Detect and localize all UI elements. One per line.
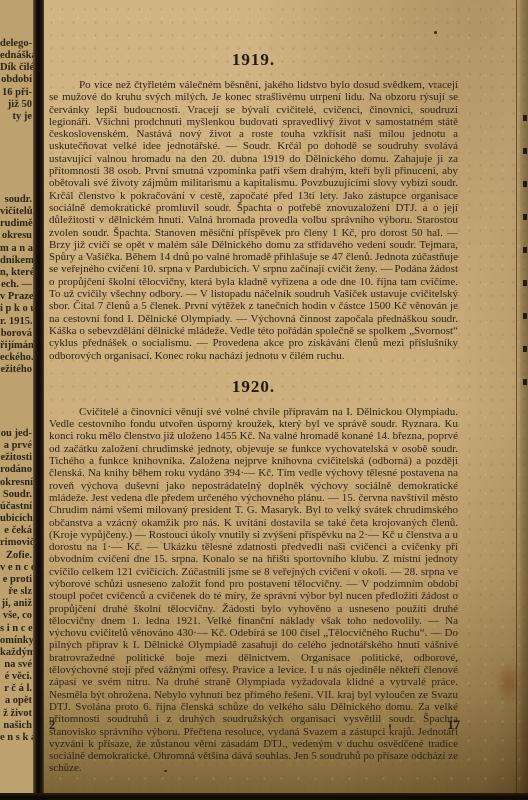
book-photo: { "colors": { "paper": "#ccaf7d", "paper…: [0, 0, 528, 800]
cutoff-text-line: účastní: [0, 501, 33, 513]
book-page: 1919. Po více než čtyřletém válečném běs…: [44, 0, 528, 793]
cutoff-text-line: ežitosti: [0, 452, 33, 464]
cutoff-text-line: již 50: [0, 99, 33, 111]
cutoff-text-line: jí, aniž: [0, 598, 33, 610]
cutoff-text-line: s i n c e: [0, 623, 33, 635]
cutoff-text-line: okresní: [0, 477, 33, 489]
cutoff-text-line: n, které: [0, 267, 33, 279]
cutoff-text-line: každým: [0, 647, 33, 659]
cutoff-text-line: vičitelů: [0, 206, 33, 218]
cutoff-text-line: Dík čilé: [0, 62, 33, 74]
cutoff-text-line: a prvé: [0, 440, 33, 452]
cutoff-text-line: ž život: [0, 708, 33, 720]
cutoff-text-line: rudimě.: [0, 218, 33, 230]
cutoff-text-line: okresu: [0, 230, 33, 242]
cutoff-text-line: rodáno: [0, 464, 33, 476]
next-page-text-marks: [523, 88, 527, 394]
cutoff-text-line: e čeká: [0, 525, 33, 537]
cutoff-text-line: řijímání: [0, 340, 33, 352]
cutoff-text-line: 16 při-: [0, 87, 33, 99]
cutoff-text-line: ty je: [0, 111, 33, 123]
cutoff-text-line: v e n c e: [0, 562, 33, 574]
cutoff-text-line: rimovič: [0, 537, 33, 549]
cutoff-text-line: ežitého: [0, 364, 33, 376]
cutoff-text-line: ře slz: [0, 586, 33, 598]
cutoff-text-line: Žofie.: [0, 550, 33, 562]
cutoff-text-line: ech. —: [0, 279, 33, 291]
cutoff-text-line: v Praze: [0, 291, 33, 303]
cutoff-text-column: soudr.vičitelůrudimě.okresum a n a,dníke…: [0, 194, 33, 376]
text-column: 1919. Po více než čtyřletém válečném běs…: [49, 0, 458, 775]
cutoff-text-line: soudr.: [0, 194, 33, 206]
cutoff-text-line: é věci.: [0, 671, 33, 683]
cutoff-text-line: e proti: [0, 574, 33, 586]
cutoff-text-line: borová: [0, 328, 33, 340]
cutoff-text-line: m a n a,: [0, 243, 33, 255]
cutoff-text-line: ubicích.: [0, 513, 33, 525]
signature-number: 2: [49, 718, 55, 733]
cutoff-text-line: vše, co: [0, 610, 33, 622]
cutoff-text-line: dníkem: [0, 255, 33, 267]
cutoff-text-line: ednáška: [0, 50, 33, 62]
cutoff-text-line: r č á l.: [0, 683, 33, 695]
table-surface-edge: [0, 793, 528, 800]
cutoff-text-line: a opět: [0, 695, 33, 707]
cutoff-text-column: ou jed-a prvéežitostirodánookresníSoudr.…: [0, 428, 33, 744]
cutoff-text-line: ou jed-: [0, 428, 33, 440]
cutoff-text-line: delego-: [0, 38, 33, 50]
section-heading-1920: 1920.: [49, 377, 458, 397]
cutoff-text-line: období: [0, 74, 33, 86]
cutoff-text-line: r. 1915.: [0, 316, 33, 328]
previous-page-edge: delego-ednáškaDík čiléobdobí16 při-již 5…: [0, 0, 33, 793]
cutoff-text-line: Soudr.: [0, 489, 33, 501]
paragraph-1919: Po více než čtyřletém válečném běsnění, …: [49, 79, 458, 362]
cutoff-text-line: i p k o u: [0, 303, 33, 315]
section-heading-1919: 1919.: [49, 50, 458, 70]
cutoff-text-line: našich: [0, 720, 33, 732]
cutoff-text-line: na své: [0, 659, 33, 671]
page-number: 17: [448, 718, 461, 733]
page-footer: 2 17: [49, 718, 460, 733]
next-page-edge: [516, 0, 528, 793]
cutoff-text-line: eckého.: [0, 352, 33, 364]
cutoff-text-line: e n s k á: [0, 732, 33, 744]
cutoff-text-line: omínky: [0, 635, 33, 647]
cutoff-text-column: delego-ednáškaDík čiléobdobí16 při-již 5…: [0, 38, 33, 123]
